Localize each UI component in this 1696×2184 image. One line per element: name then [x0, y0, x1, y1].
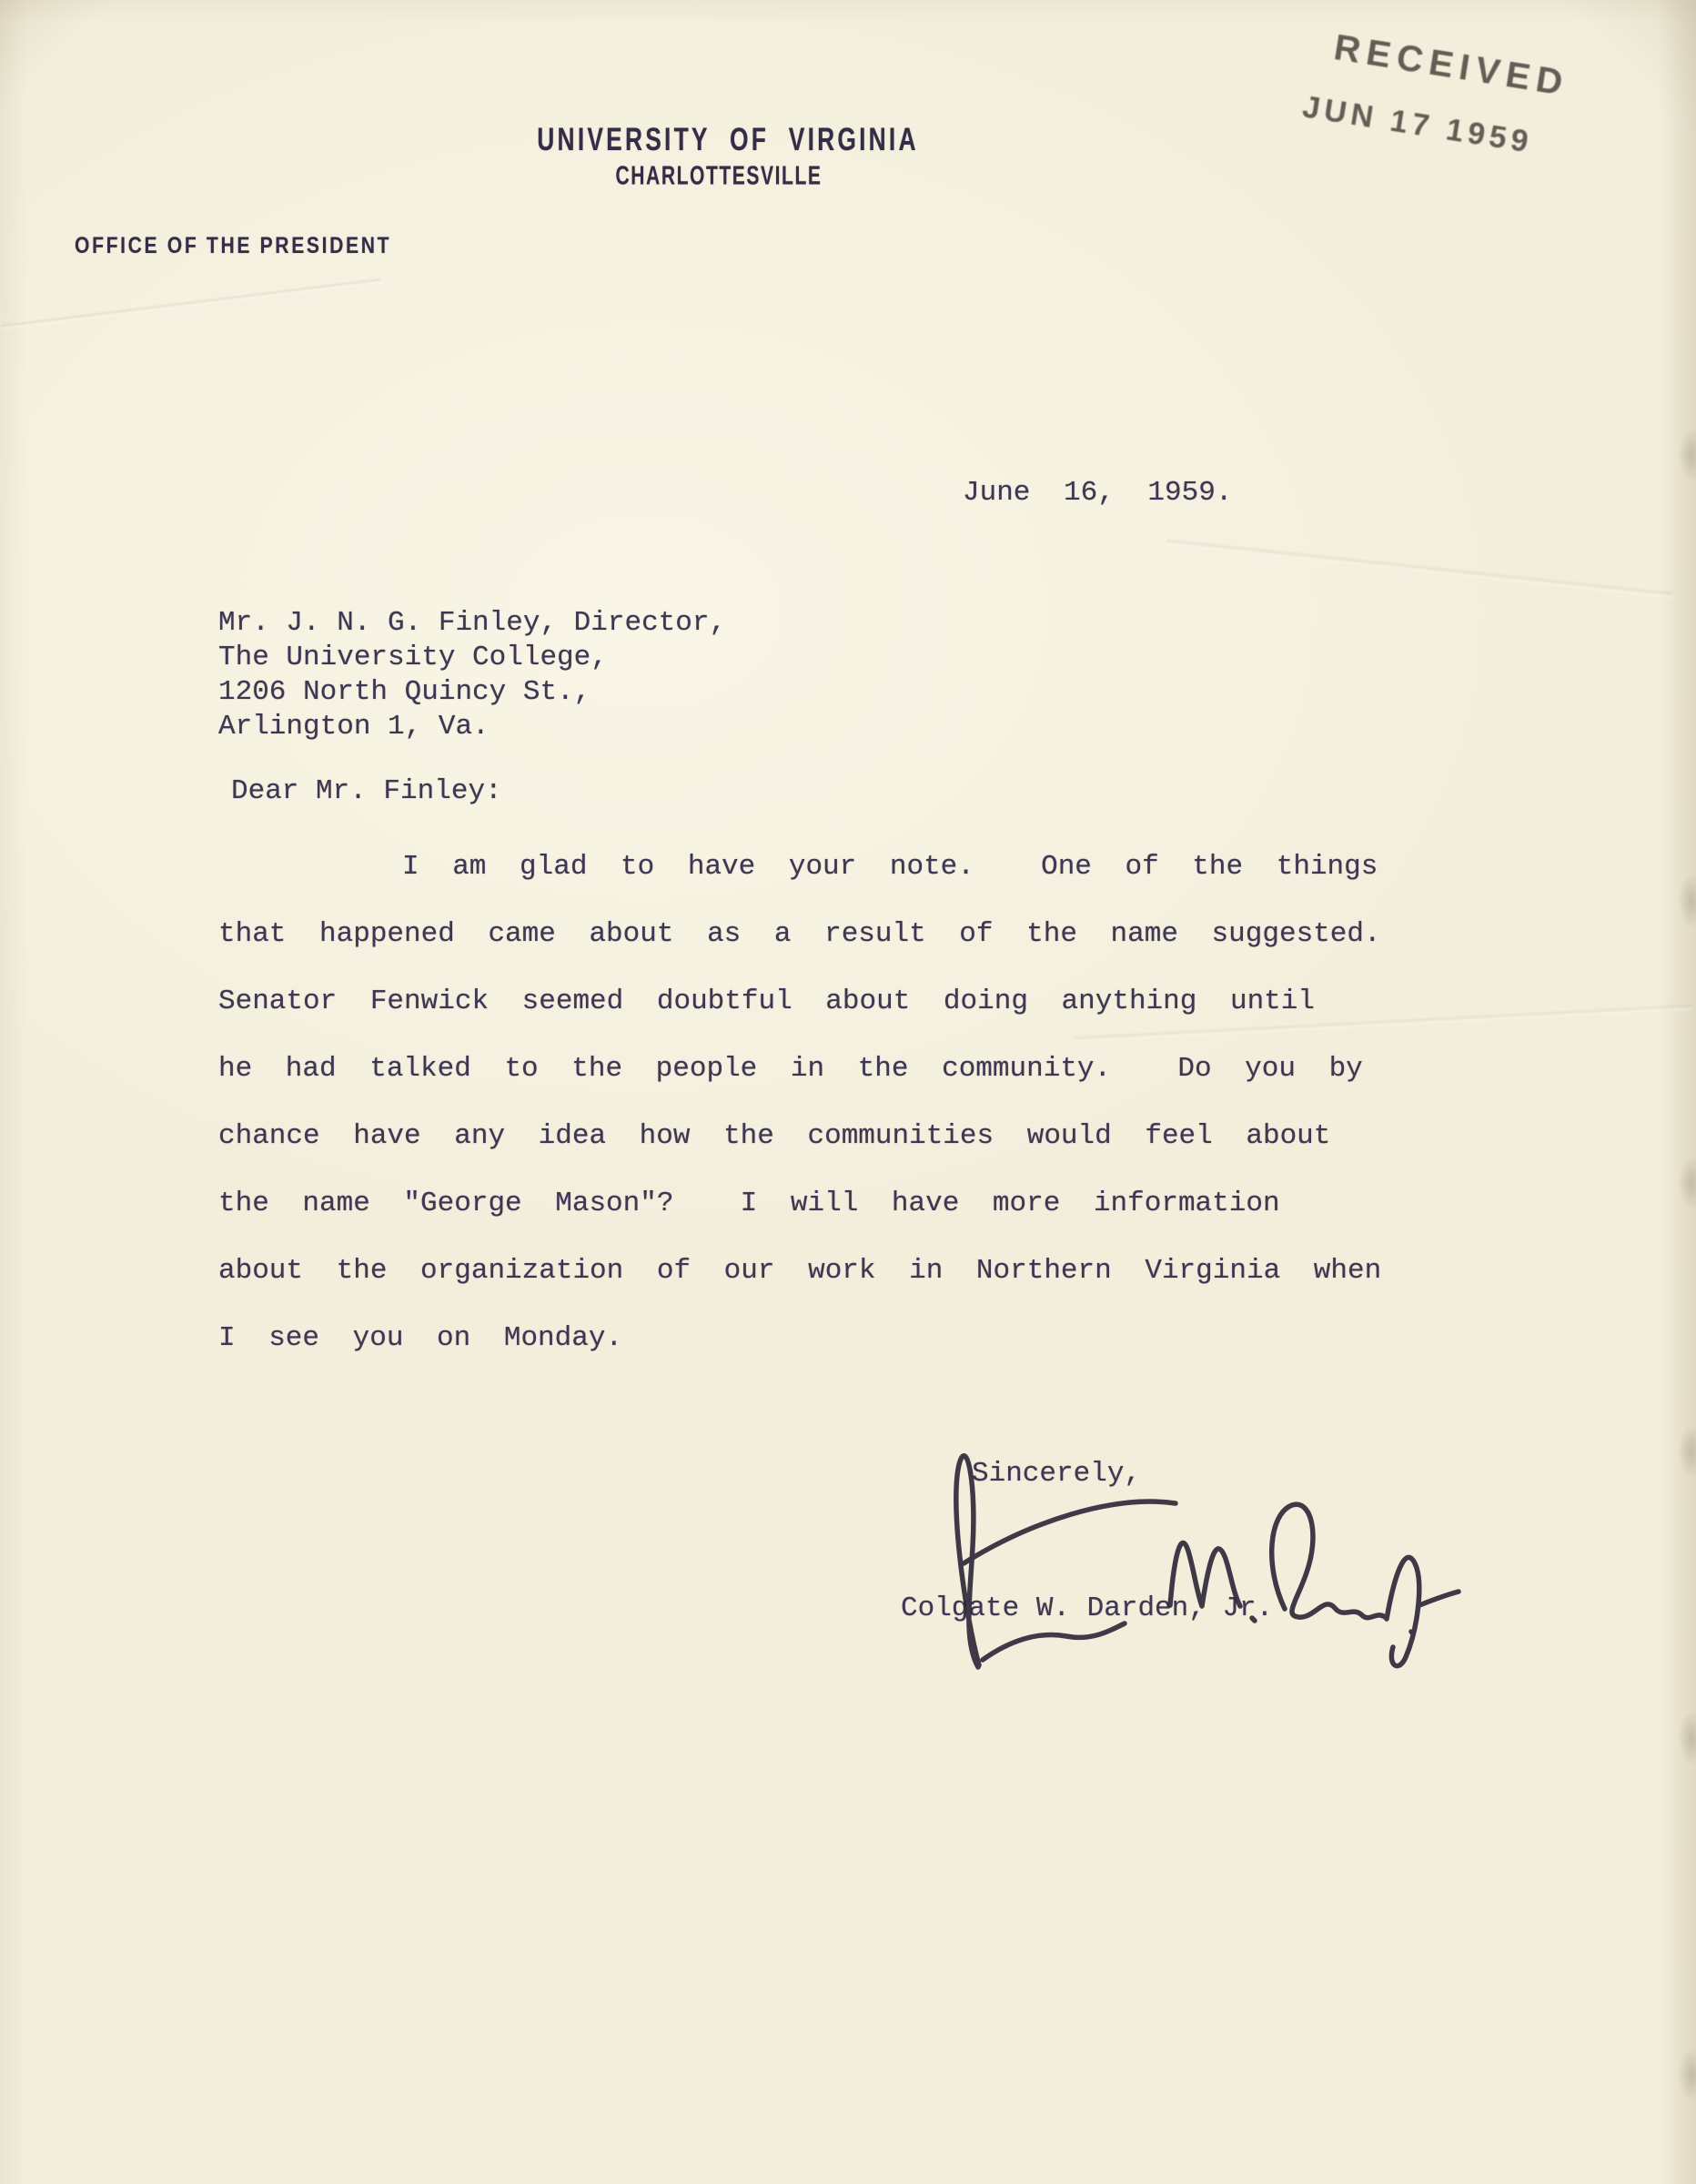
- handwritten-signature: [855, 1431, 1474, 1704]
- address-line: The University College,: [218, 641, 726, 675]
- torn-edge-notch: [1678, 2047, 1696, 2102]
- address-line: Arlington 1, Va.: [218, 710, 726, 744]
- body-paragraph: I am glad to have your note. One of the …: [218, 834, 1381, 1372]
- body-line: I am glad to have your note. One of the …: [218, 834, 1381, 901]
- torn-edge-notch: [1678, 1711, 1696, 1765]
- address-line: 1206 North Quincy St.,: [218, 675, 726, 710]
- torn-edge-notch: [1678, 1424, 1696, 1479]
- closing-sincerely: Sincerely,: [972, 1458, 1141, 1490]
- body-line: chance have any idea how the communities…: [218, 1103, 1381, 1170]
- body-line: the name "George Mason"? I will have mor…: [218, 1170, 1381, 1238]
- letter-page: UNIVERSITY OF VIRGINIA CHARLOTTESVILLE O…: [0, 0, 1696, 2184]
- paper-crease: [1166, 538, 1673, 600]
- torn-edge-notch: [1678, 428, 1696, 482]
- received-stamp-text: RECEIVED: [1331, 27, 1571, 105]
- received-stamp-date: JUN 17 1959: [1300, 89, 1561, 165]
- letterhead-office-line: OFFICE OF THE PRESIDENT: [75, 233, 391, 259]
- body-line: about the organization of our work in No…: [218, 1238, 1381, 1305]
- signature-typed-name: Colgate W. Darden, Jr.: [901, 1592, 1273, 1624]
- paper-crease: [1, 277, 381, 330]
- body-line: I see you on Monday.: [218, 1305, 1381, 1372]
- recipient-address: Mr. J. N. G. Finley, Director, The Unive…: [218, 606, 726, 744]
- address-line: Mr. J. N. G. Finley, Director,: [218, 606, 726, 641]
- letterhead-city: CHARLOTTESVILLE: [616, 161, 823, 191]
- salutation: Dear Mr. Finley:: [231, 775, 502, 807]
- letterhead-university: UNIVERSITY OF VIRGINIA: [537, 120, 918, 157]
- body-line: he had talked to the people in the commu…: [218, 1036, 1381, 1103]
- body-line: Senator Fenwick seemed doubtful about do…: [218, 968, 1381, 1036]
- letter-date: June 16, 1959.: [963, 477, 1232, 509]
- torn-edge-notch: [1678, 1156, 1696, 1210]
- body-line: that happened came about as a result of …: [218, 901, 1381, 968]
- torn-edge-notch: [1678, 874, 1696, 928]
- received-stamp: RECEIVED JUN 17 1959: [1321, 27, 1571, 165]
